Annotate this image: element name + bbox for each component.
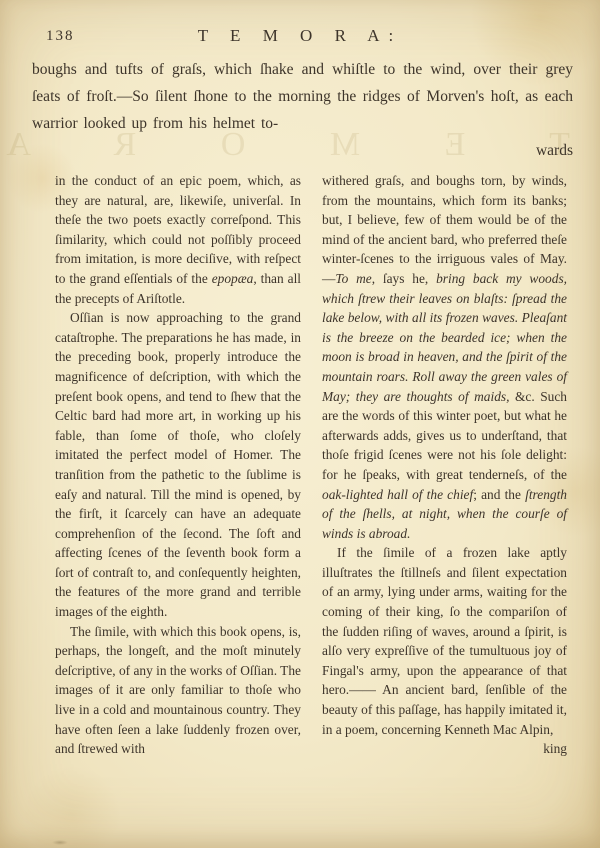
page-smudge-mark [52,840,68,845]
hyphen-turnover-word: wards [32,137,573,164]
commentary-paragraph: in the conduct of an epic poem, which, a… [55,171,301,308]
commentary-paragraph: withered graſs, and boughs torn, by wind… [322,171,567,543]
running-title: T E M O R A: [90,26,510,46]
catchword: king [322,739,567,759]
commentary-column-right: withered graſs, and boughs torn, by wind… [322,171,567,759]
main-text-paragraph: boughs and tufts of graſs, which ſhake a… [32,56,573,137]
commentary-columns: in the conduct of an epic poem, which, a… [55,171,567,759]
book-page-scan: 138 T E M O R A: T E M O R A: boughs and… [0,0,600,848]
main-text-block: boughs and tufts of graſs, which ſhake a… [32,56,573,164]
commentary-paragraph: If the ſimile of a frozen lake aptly ill… [322,543,567,739]
page-number: 138 [46,28,75,45]
commentary-column-left: in the conduct of an epic poem, which, a… [55,171,301,759]
commentary-paragraph: The ſimile, with which this book opens, … [55,622,301,759]
commentary-paragraph: Oſſian is now approaching to the grand c… [55,308,301,622]
